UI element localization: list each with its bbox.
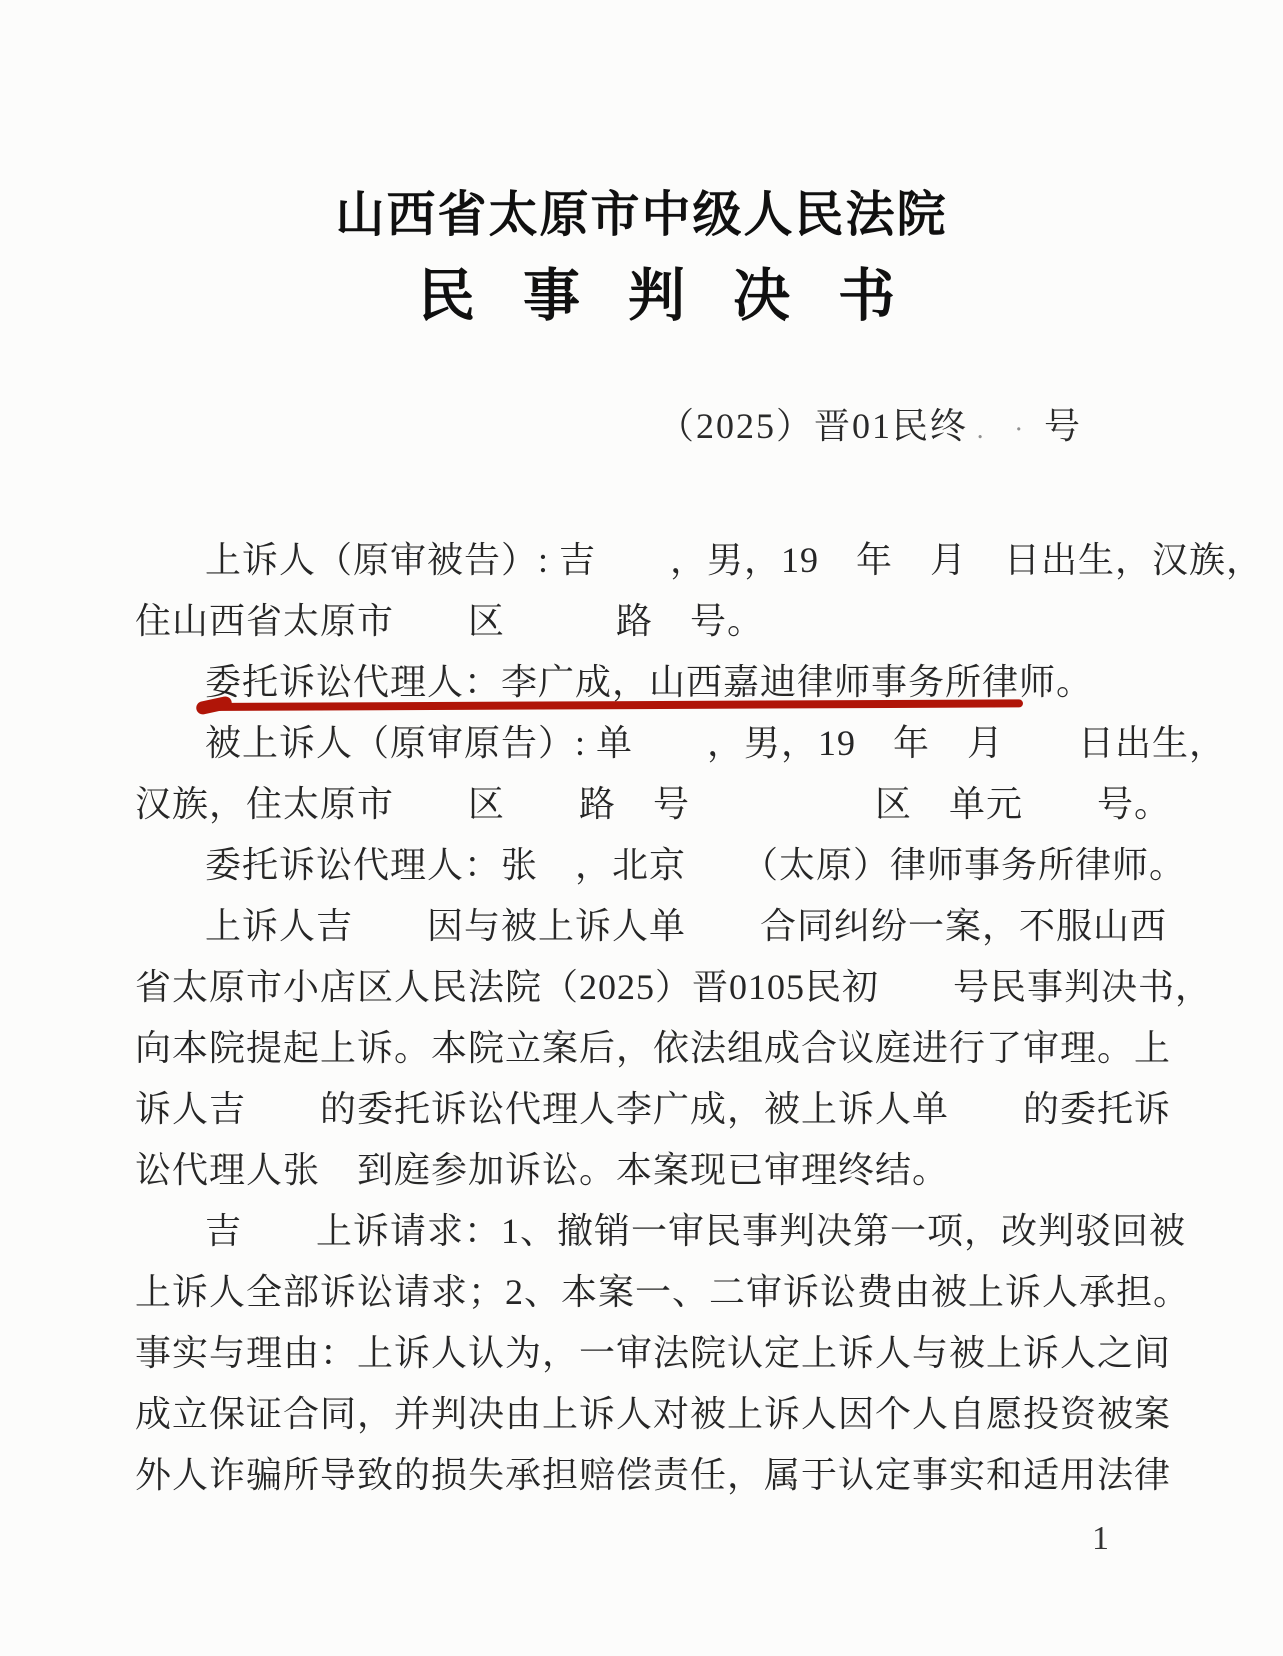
document-page: 山西省太原市中级人民法院 民事判决书 （2025）晋01民终. ·号 上诉人（原… [0,0,1283,1656]
document-line: 事实与理由：上诉人认为，一审法院认定上诉人与被上诉人之间 [135,1323,1165,1384]
case-number-prefix: （2025）晋01民终 [658,406,968,446]
case-number: （2025）晋01民终. ·号 [658,398,1082,449]
document-line: 向本院提起上诉。本院立案后，依法组成合议庭进行了审理。上 [135,1018,1165,1079]
document-line: 上诉人（原审被告）: 吉 ，男，19 年 月 日出生，汉族， [135,530,1165,591]
document-line: 讼代理人张 到庭参加诉讼。本案现已审理终结。 [135,1140,1165,1201]
document-line: 汉族，住太原市 区 路 号 区 单元 号。 [135,774,1165,835]
document-line: 委托诉讼代理人：李广成，山西嘉迪律师事务所律师。 [135,652,1165,713]
document-line-text: 委托诉讼代理人：李广成，山西嘉迪律师事务所律师。 [205,662,1093,702]
case-number-redaction-marks: . · [968,414,1044,445]
document-line: 吉 上诉请求：1、撤销一审民事判决第一项，改判驳回被 [135,1201,1165,1262]
judgment-body: 上诉人（原审被告）: 吉 ，男，19 年 月 日出生，汉族， 住山西省太原市 区… [135,530,1165,1506]
case-number-suffix: 号 [1044,406,1082,446]
document-line: 被上诉人（原审原告）: 单 ，男，19 年 月 日出生， [135,713,1165,774]
document-type-title: 民事判决书 [418,250,943,332]
document-line: 诉人吉 的委托诉讼代理人李广成，被上诉人单 的委托诉 [135,1079,1165,1140]
document-line: 委托诉讼代理人：张 ，北京 （太原）律师事务所律师。 [135,835,1165,896]
page-number: 1 [1092,1520,1109,1558]
document-line: 外人诈骗所导致的损失承担赔偿责任，属于认定事实和适用法律 [135,1445,1165,1506]
document-line: 住山西省太原市 区 路 号。 [135,591,1165,652]
document-line: 省太原市小店区人民法院（2025）晋0105民初 号民事判决书， [135,957,1165,1018]
court-name-title: 山西省太原市中级人民法院 [0,176,1283,246]
document-line: 上诉人吉 因与被上诉人单 合同纠纷一案，不服山西 [135,896,1165,957]
document-line: 上诉人全部诉讼请求；2、本案一、二审诉讼费由被上诉人承担。 [135,1262,1165,1323]
document-line: 成立保证合同，并判决由上诉人对被上诉人因个人自愿投资被案 [135,1384,1165,1445]
